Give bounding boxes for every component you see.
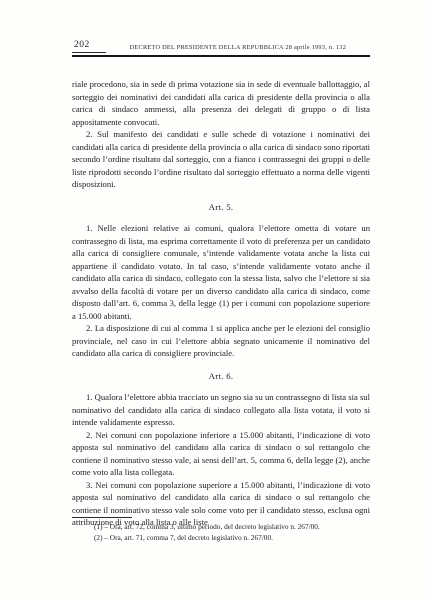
running-head-reference: 28 aprile 1993, n. 132 xyxy=(285,44,346,51)
running-head: Decreto del Presidente della Repubblica … xyxy=(106,43,370,52)
body-paragraph: riale procedono, sia in sede di prima vo… xyxy=(72,78,370,128)
footnotes-section: (1) – Ora, art. 72, comma 3, ultimo peri… xyxy=(72,517,370,543)
body-paragraph: 2. Sul manifesto dei candidati e sulle s… xyxy=(72,128,370,191)
book-page: 202 Decreto del Presidente della Repubbl… xyxy=(0,0,431,600)
body-paragraph: 2. Nei comuni con popolazione inferiore … xyxy=(72,429,370,479)
article-heading: Art. 5. xyxy=(72,201,370,214)
page-header: 202 Decreto del Presidente della Repubbl… xyxy=(72,40,370,57)
body-paragraph: 1. Nelle elezioni relative ai comuni, qu… xyxy=(72,222,370,322)
article-heading: Art. 6. xyxy=(72,370,370,383)
footnote-item: (1) – Ora, art. 72, comma 3, ultimo peri… xyxy=(72,522,370,533)
page-body: riale procedono, sia in sede di prima vo… xyxy=(72,78,370,529)
body-paragraph: 2. La disposizione di cui al comma 1 si … xyxy=(72,322,370,360)
running-head-row: 202 Decreto del Presidente della Repubbl… xyxy=(72,40,370,57)
footnote-separator xyxy=(72,517,132,518)
footnote-item: (2) – Ora, art. 71, comma 7, del decreto… xyxy=(72,533,370,544)
page-number: 202 xyxy=(72,40,106,53)
running-head-title: Decreto del Presidente della Repubblica xyxy=(130,44,284,51)
body-paragraph: 1. Qualora l’elettore abbia tracciato un… xyxy=(72,391,370,429)
page-content: 202 Decreto del Presidente della Repubbl… xyxy=(72,40,370,529)
